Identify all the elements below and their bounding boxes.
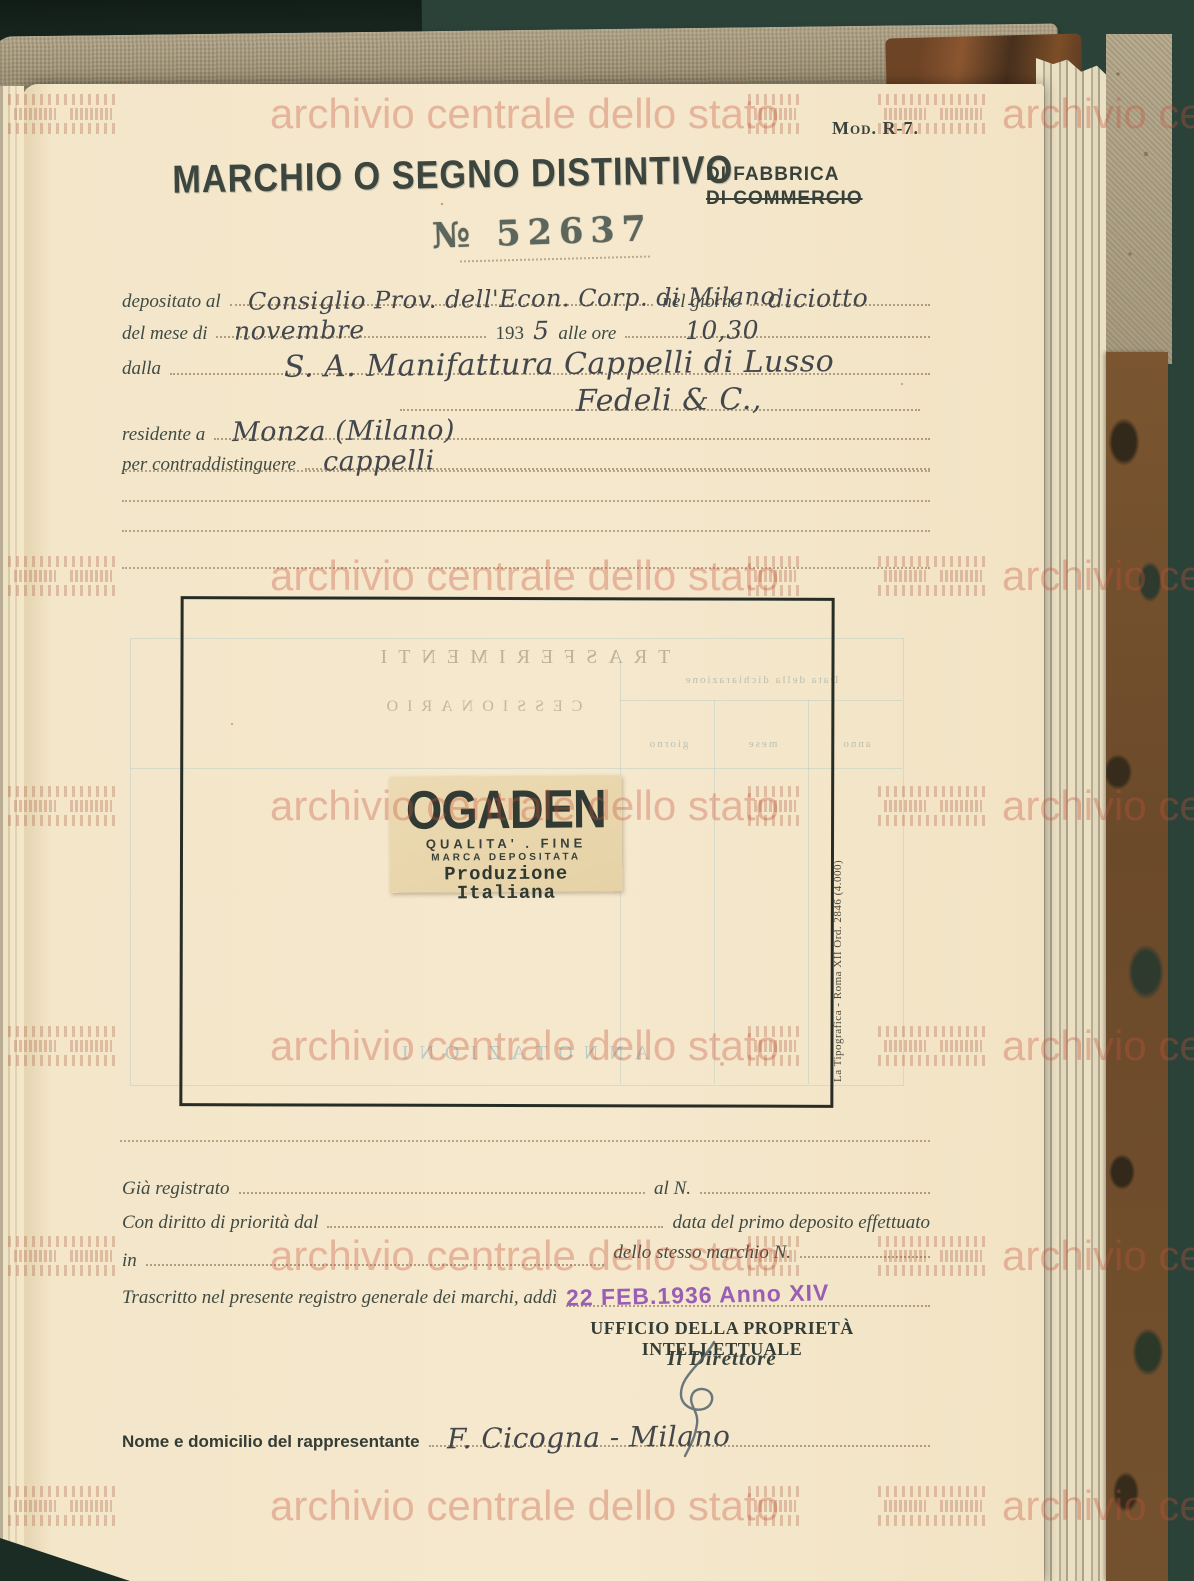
al-n-label: al N. <box>654 1178 691 1201</box>
mese-handwriting: novembre <box>216 317 365 344</box>
giorno-handwriting: diciotto <box>750 285 868 311</box>
trascritto-line: 22 FEB.1936 Anno XIV <box>566 1282 930 1307</box>
stesso-marchio-line <box>800 1256 930 1258</box>
empty-rule <box>122 567 930 569</box>
left-page-curl-edges <box>0 86 24 1581</box>
title-type-block: DI FABBRICA DI COMMERCIO <box>706 163 863 211</box>
ore-line: 10,30 <box>625 318 930 338</box>
registry-page: TRASFERIMENTI CESSIONARIO Data della dic… <box>22 84 1044 1581</box>
company2-line: Fedeli & C., <box>400 386 920 411</box>
giorno-line: diciotto <box>750 286 930 306</box>
priorita-line <box>327 1226 663 1228</box>
field-row-priorita: Con diritto di priorità dal data del pri… <box>122 1212 930 1235</box>
stesso-marchio-label: dello stesso marchio N. <box>613 1242 791 1265</box>
in-label: in <box>122 1250 137 1273</box>
brand-name: OGADEN <box>387 781 624 837</box>
ore-handwriting: 10,30 <box>625 317 759 343</box>
empty-rule <box>122 500 930 502</box>
dalla-label: dalla <box>122 358 161 381</box>
empty-rule <box>120 1140 930 1142</box>
gia-registrato-label: Già registrato <box>122 1178 230 1201</box>
field-row-company2: Fedeli & C., <box>400 386 920 411</box>
contraddistinguere-line: cappelli <box>305 448 930 470</box>
trascritto-label: Trascritto nel presente registro general… <box>122 1287 557 1310</box>
field-row-mese: del mese di novembre 193 5 alle ore 10,3… <box>122 318 930 346</box>
depositato-label: depositato al <box>122 291 221 314</box>
registration-number-underline <box>460 256 650 263</box>
field-row-contraddistinguere: per contraddistinguere cappelli <box>122 448 930 477</box>
company-handwriting-line1: S. A. Manifattura Cappelli di Lusso <box>266 347 835 383</box>
in-line <box>146 1264 605 1266</box>
field-row-in: in dello stesso marchio N. <box>122 1250 930 1273</box>
anno-printed-prefix: 193 <box>495 323 524 346</box>
empty-rule <box>122 530 930 532</box>
scanned-document-scene: TRASFERIMENTI CESSIONARIO Data della dic… <box>0 0 1194 1581</box>
priorita-label: Con diritto di priorità dal <box>122 1212 318 1235</box>
depositato-line: Consiglio Prov. dell'Econ. Corp. di Mila… <box>230 287 654 306</box>
date-stamp: 22 FEB.1936 Anno XIV <box>566 1279 830 1312</box>
field-row-residente: residente a Monza (Milano) <box>122 418 930 447</box>
rappresentante-label: Nome e domicilio del rappresentante <box>122 1432 420 1452</box>
company-handwriting-line2: Fedeli & C., <box>558 385 762 417</box>
anno-handwriting: 5 <box>533 318 550 343</box>
trademark-label: OGADEN QUALITA' . FINE MARCA DEPOSITATA … <box>390 775 623 893</box>
field-row-rappresentante: Nome e domicilio del rappresentante F. C… <box>122 1424 930 1452</box>
director-signature <box>652 1338 742 1458</box>
residente-label: residente a <box>122 424 205 447</box>
field-row-depositato: depositato al Consiglio Prov. dell'Econ.… <box>122 286 930 314</box>
page-title: MARCHIO O SEGNO DISTINTIVO <box>172 148 734 203</box>
depositato-handwriting: Consiglio Prov. dell'Econ. Corp. di Mila… <box>230 284 776 314</box>
al-n-line <box>700 1192 930 1194</box>
brand-produzione-line: Produzione Italiana <box>390 864 622 904</box>
form-model-label: Mod. R-7. <box>832 118 919 139</box>
title-di-commercio-struck: DI COMMERCIO <box>706 187 863 211</box>
ore-label: alle ore <box>558 323 616 346</box>
residente-line: Monza (Milano) <box>214 418 930 440</box>
data-primo-label: data del primo deposito effettuato <box>672 1212 930 1235</box>
mese-line: novembre <box>216 318 486 338</box>
gia-registrato-line <box>239 1192 646 1194</box>
title-di-fabbrica: DI FABBRICA <box>706 163 863 187</box>
field-row-trascritto: Trascritto nel presente registro general… <box>122 1282 930 1310</box>
field-row-dalla: dalla S. A. Manifattura Cappelli di Luss… <box>122 350 930 381</box>
empty-rule <box>122 470 930 472</box>
contraddistinguere-label: per contraddistinguere <box>122 454 296 477</box>
field-row-gia-registrato: Già registrato al N. <box>122 1178 930 1201</box>
registration-number-stamp: № 52637 <box>431 208 653 257</box>
residente-handwriting: Monza (Milano) <box>214 417 455 447</box>
dalla-line: S. A. Manifattura Cappelli di Lusso <box>170 350 930 375</box>
mese-label: del mese di <box>122 323 207 346</box>
printer-imprint: La Tipografica - Roma XII Ord. 2846 (4.0… <box>832 842 844 1082</box>
